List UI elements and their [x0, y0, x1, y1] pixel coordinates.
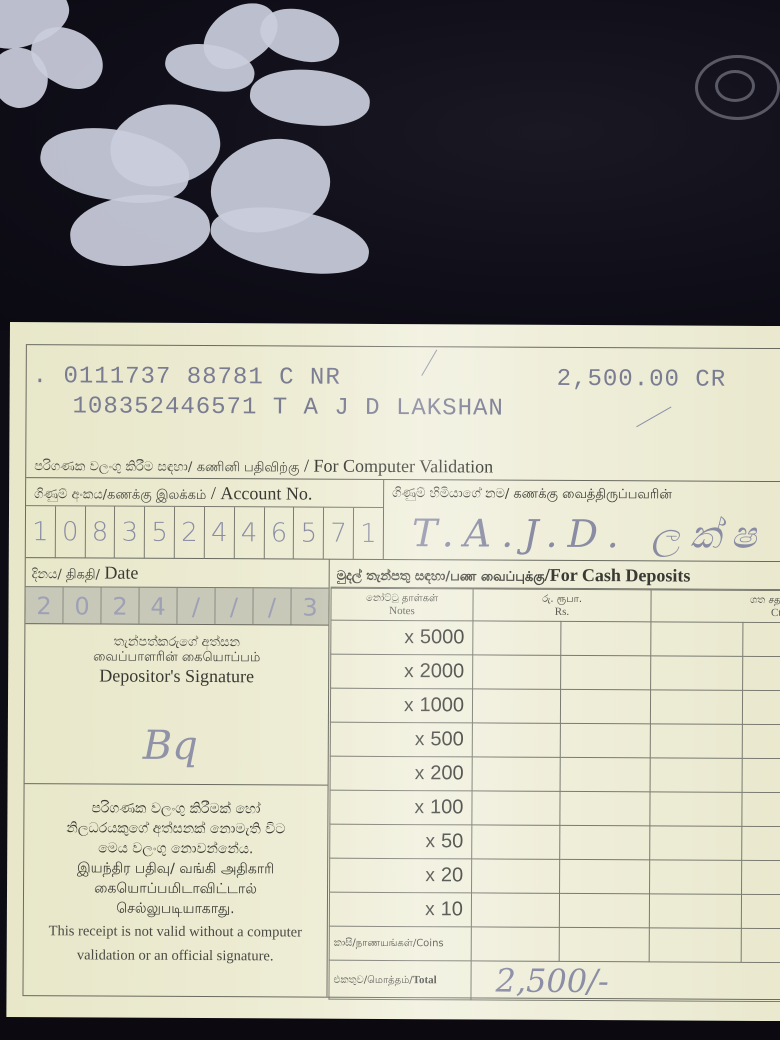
amount-cell[interactable]: [649, 928, 741, 962]
date-digit: /: [253, 588, 291, 624]
validation-code: . 0111737 88781 C NR: [33, 363, 341, 392]
table-row: x200: [330, 756, 780, 792]
table-row: x5000: [331, 620, 780, 656]
account-digit: 6: [264, 507, 294, 559]
amount-cell[interactable]: [559, 927, 649, 961]
account-digit: 4: [235, 507, 265, 559]
col-notes: නෝට්ටු தாள்கள் Notes: [331, 588, 473, 621]
validated-amount: 2,500.00 CR: [557, 366, 727, 394]
account-holder-field[interactable]: ගිණුම් හිමියාගේ නම/ கணக்கு வைத்திருப்பவர…: [386, 480, 780, 561]
amount-cell[interactable]: [650, 690, 742, 724]
date-digit: /: [215, 588, 253, 624]
amount-cell[interactable]: [650, 860, 742, 894]
amount-cell[interactable]: [559, 893, 649, 927]
amount-cell[interactable]: [472, 791, 560, 825]
amount-cell[interactable]: [650, 792, 742, 826]
account-digit: 1: [26, 506, 56, 558]
account-number-field[interactable]: ගිණුම් අංකය/கணக்கு இலக்கம் / Account No.…: [26, 478, 384, 559]
table-header-row: නෝට්ටු தாள்கள் Notes රු. ரூபா. Rs. ශත சத…: [331, 588, 780, 622]
depositor-signature-field[interactable]: තැන්පත්කරුගේ අත්සන வைப்பாளரின் கையொப்பம்…: [25, 624, 329, 786]
amount-cell[interactable]: [560, 825, 650, 859]
left-column: දිනය/ திகதி/ Date 2 0 2 4 / / / 3 තැන්පත…: [23, 558, 329, 997]
amount-cell[interactable]: [473, 621, 561, 655]
date-digit: 2: [101, 587, 139, 623]
amount-cell[interactable]: [472, 859, 560, 893]
validity-notice: පරිගණක වලංගු කිරීමක් හෝ නිලධරයකුගේ අත්සන…: [24, 784, 328, 968]
table-row: x2000: [331, 654, 780, 690]
account-holder-handwritten: T.A.J.D. ලක්ෂ: [386, 508, 780, 560]
account-digit: 1: [354, 508, 383, 560]
date-digit: 0: [63, 587, 101, 623]
amount-cell[interactable]: [561, 655, 651, 689]
amount-cell[interactable]: [651, 622, 743, 656]
account-digit: 2: [175, 507, 205, 559]
table-row: x500: [330, 722, 780, 758]
account-digit: 5: [145, 507, 175, 559]
amount-cell[interactable]: [561, 621, 651, 655]
amount-cell[interactable]: [742, 826, 780, 860]
date-digit: 3: [291, 588, 328, 624]
date-digit: 2: [25, 587, 63, 623]
pen-tick-mark: [421, 350, 437, 376]
amount-cell[interactable]: [651, 656, 743, 690]
amount-cell[interactable]: [742, 860, 780, 894]
amount-cell[interactable]: [650, 826, 742, 860]
amount-cell[interactable]: [560, 859, 650, 893]
amount-cell[interactable]: [742, 724, 780, 758]
total-handwritten: 2,500/-: [471, 961, 608, 1000]
account-digit: 7: [324, 508, 354, 560]
pen-tick-mark: [636, 407, 671, 428]
validation-print: . 0111737 88781 C NR 2,500.00 CR 1083524…: [26, 345, 780, 454]
date-digit: 4: [139, 588, 177, 624]
deposit-slip: . 0111737 88781 C NR 2,500.00 CR 1083524…: [6, 322, 780, 1021]
amount-cell[interactable]: [472, 825, 560, 859]
amount-cell[interactable]: [741, 894, 780, 928]
amount-cell[interactable]: [649, 894, 741, 928]
coins-row: කාසි/நாணயங்கள்/Coins: [329, 926, 780, 962]
amount-cell[interactable]: [743, 656, 780, 690]
date-label: දිනය/ திகதி/ Date: [26, 558, 329, 588]
flower-print-1: [0, 0, 110, 110]
computer-validation-header: පරිගණක වලංගු කිරීම සඳහා/ கணினி பதிவிற்கு…: [26, 450, 780, 482]
account-digit: 8: [85, 506, 115, 558]
amount-cell[interactable]: [471, 927, 559, 961]
amount-cell[interactable]: [560, 757, 650, 791]
date-digit: /: [177, 588, 215, 624]
account-number-label: ගිණුම් අංකය/கணக்கு இலக்கம் / Account No.: [26, 478, 383, 508]
account-holder-label: ගිණුම් හිමියාගේ නම/ கணக்கு வைத்திருப்பவர…: [386, 480, 780, 510]
table-row: x10: [329, 892, 780, 928]
fabric-background: [0, 0, 780, 330]
amount-cell[interactable]: [743, 622, 780, 656]
amount-cell[interactable]: [560, 791, 650, 825]
signature-scribble: Bq: [143, 723, 198, 769]
amount-cell[interactable]: [473, 655, 561, 689]
amount-cell[interactable]: [560, 723, 650, 757]
table-row: x100: [330, 790, 780, 826]
total-row: එකතුව/மொத்தம்/Total 2,500/-: [329, 960, 780, 1001]
amount-cell[interactable]: [650, 724, 742, 758]
account-number-digits: 1 0 8 3 5 2 4 4 6 5 7 1: [26, 506, 383, 560]
cash-deposits-section: මුදල් තැන්පතු සඳහා/பண வைப்புக்கு/For Cas…: [328, 560, 780, 999]
col-rupees: රු. ரூபா. Rs.: [473, 589, 651, 622]
amount-cell[interactable]: [472, 689, 560, 723]
col-cents: ශත சதம் Cts.: [651, 590, 780, 623]
validated-account-name: 108352446571 T A J D LAKSHAN: [72, 393, 503, 422]
account-row: ගිණුම් අංකය/கணக்கு இலக்கம் / Account No.…: [26, 478, 780, 562]
amount-cell[interactable]: [741, 928, 780, 962]
table-row: x1000: [330, 688, 780, 724]
amount-cell[interactable]: [650, 758, 742, 792]
amount-cell[interactable]: [742, 792, 780, 826]
flower-print-3: [20, 100, 380, 280]
account-digit: 5: [294, 507, 324, 559]
account-digit: 4: [205, 507, 235, 559]
total-label: එකතුව/மொத்தம்/Total: [329, 960, 471, 1000]
slip-form: . 0111737 88781 C NR 2,500.00 CR 1083524…: [22, 344, 780, 1000]
table-row: x50: [330, 824, 780, 860]
table-row: x20: [330, 858, 780, 894]
coins-label: කාසි/நாணயங்கள்/Coins: [329, 926, 471, 961]
denomination-table: නෝට්ටු தாள்கள் Notes රු. ரூபா. Rs. ශත சத…: [328, 588, 780, 1002]
amount-cell[interactable]: [472, 757, 560, 791]
total-amount-field[interactable]: 2,500/-: [471, 961, 780, 1002]
account-digit: 3: [115, 507, 145, 559]
depositor-signature-label: Depositor's Signature: [25, 665, 328, 688]
amount-cell[interactable]: [742, 690, 780, 724]
amount-cell[interactable]: [742, 758, 780, 792]
amount-cell[interactable]: [471, 893, 559, 927]
amount-cell[interactable]: [472, 723, 560, 757]
account-digit: 0: [56, 506, 86, 558]
amount-cell[interactable]: [560, 689, 650, 723]
cash-deposits-title: මුදල් තැන්පතු සඳහා/பண வைப்புக்கு/For Cas…: [331, 560, 780, 590]
date-field[interactable]: 2 0 2 4 / / / 3: [25, 586, 328, 626]
